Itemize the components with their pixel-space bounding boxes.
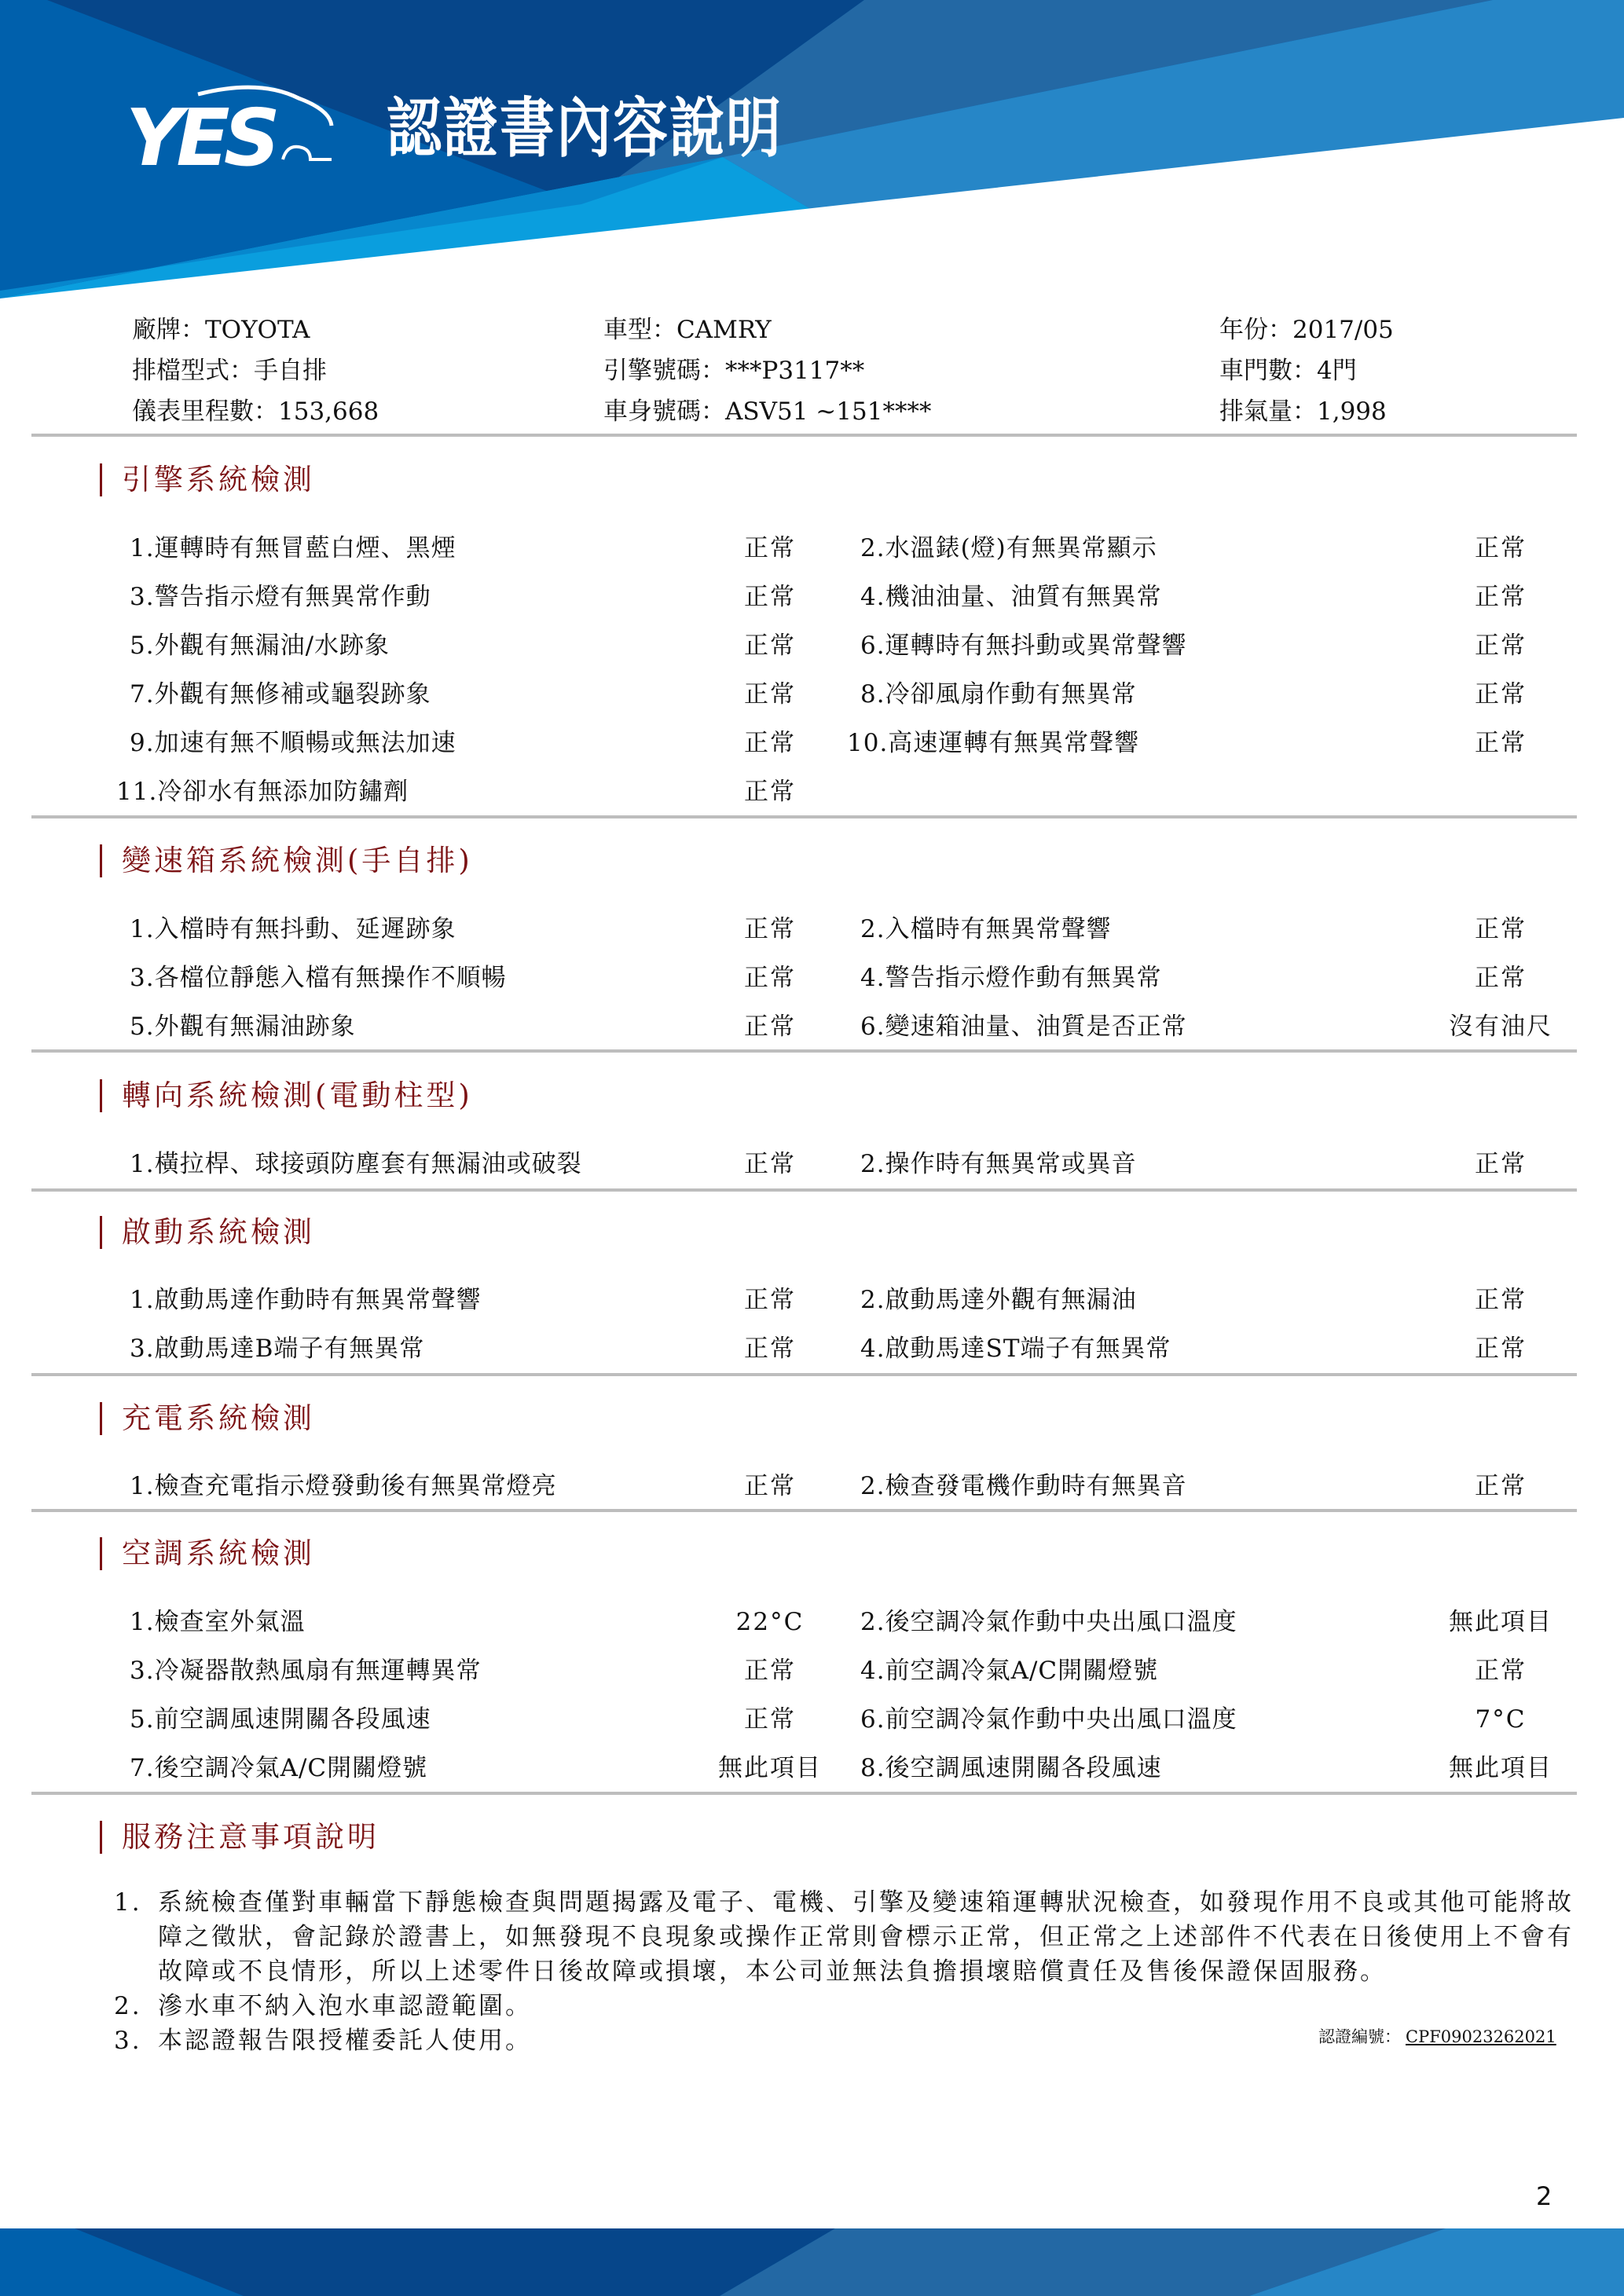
check-item: 4.啟動馬達ST端子有無異常	[860, 1337, 1171, 1361]
check-item: 4.機油油量、油質有無異常	[860, 585, 1162, 610]
vehicle-body-no: 車身號碼：ASV51 ~151****	[603, 400, 931, 424]
check-result: 正常	[691, 1474, 849, 1499]
check-result: 正常	[691, 683, 849, 707]
check-result: 正常	[691, 780, 849, 804]
note-text: 滲水車不納入泡水車認證範圍。	[158, 1989, 532, 2023]
check-item: 6.變速箱油量、油質是否正常	[860, 1015, 1187, 1039]
check-result: 正常	[1422, 1337, 1579, 1361]
note-number: 1.	[114, 1885, 158, 1989]
check-result: 正常	[1422, 1288, 1579, 1313]
check-result: 無此項目	[691, 1756, 849, 1781]
check-result: 正常	[691, 536, 849, 561]
note-item: 1. 系統檢查僅對車輛當下靜態檢查與問題揭露及電子、電機、引擎及變速箱運轉狀況檢…	[114, 1885, 1591, 1989]
check-result: 正常	[1422, 1659, 1579, 1683]
check-result: 正常	[691, 966, 849, 991]
check-item: 6.運轉時有無抖動或異常聲響	[860, 634, 1187, 658]
check-result: 正常	[691, 634, 849, 658]
vehicle-doors: 車門數：4門	[1219, 359, 1357, 383]
divider	[31, 434, 1577, 437]
check-item: 7.外觀有無修補或龜裂跡象	[130, 683, 431, 707]
check-item: 10.高速運轉有無異常聲響	[847, 731, 1139, 756]
vehicle-model: 車型：CAMRY	[603, 318, 772, 342]
check-result: 正常	[1422, 731, 1579, 756]
certificate-number: 認證編號：CPF09023262021	[1318, 2029, 1561, 2045]
check-result: 正常	[691, 1337, 849, 1361]
certificate-value: CPF09023262021	[1401, 2027, 1561, 2046]
check-result: 正常	[1422, 634, 1579, 658]
check-result: 正常	[691, 917, 849, 942]
check-item: 8.後空調風速開關各段風速	[860, 1756, 1162, 1781]
vehicle-engine-no: 引擎號碼：***P3117**	[603, 359, 864, 383]
check-item: 2.入檔時有無異常聲響	[860, 917, 1112, 942]
section-title-steering: 轉向系統檢測(電動柱型)	[100, 1079, 473, 1112]
check-item: 4.前空調冷氣A/C開關燈號	[860, 1659, 1158, 1683]
vehicle-brand: 廠牌：TOYOTA	[132, 318, 310, 342]
check-result: 沒有油尺	[1422, 1015, 1579, 1039]
divider	[31, 815, 1577, 818]
check-result: 正常	[1422, 536, 1579, 561]
check-item: 3.啟動馬達B端子有無異常	[130, 1337, 424, 1361]
check-result: 正常	[1422, 917, 1579, 942]
check-item: 5.外觀有無漏油/水跡象	[130, 634, 390, 658]
check-result: 正常	[691, 1659, 849, 1683]
check-item: 6.前空調冷氣作動中央出風口溫度	[860, 1708, 1237, 1732]
check-result: 正常	[691, 1015, 849, 1039]
note-item: 2. 滲水車不納入泡水車認證範圍。	[114, 1989, 1591, 2023]
check-item: 5.前空調風速開關各段風速	[130, 1708, 431, 1732]
section-title-starter: 啟動系統檢測	[100, 1216, 315, 1249]
check-item: 1.入檔時有無抖動、延遲跡象	[130, 917, 456, 942]
note-text: 本認證報告限授權委託人使用。	[158, 2023, 532, 2058]
check-item: 1.運轉時有無冒藍白煙、黑煙	[130, 536, 456, 561]
section-title-charging: 充電系統檢測	[100, 1402, 315, 1435]
check-item: 2.水溫錶(燈)有無異常顯示	[860, 536, 1157, 561]
divider	[31, 1049, 1577, 1053]
section-title-engine: 引擎系統檢測	[100, 463, 315, 496]
check-result: 無此項目	[1422, 1610, 1579, 1635]
note-number: 3.	[114, 2023, 158, 2058]
check-item: 3.各檔位靜態入檔有無操作不順暢	[130, 966, 507, 991]
check-result: 7°C	[1422, 1708, 1579, 1732]
footer-banner	[0, 2228, 1624, 2296]
svg-text:YES: YES	[126, 92, 277, 181]
check-result: 正常	[1422, 1474, 1579, 1499]
section-title-air-conditioning: 空調系統檢測	[100, 1537, 315, 1570]
divider	[31, 1373, 1577, 1376]
check-result: 無此項目	[1422, 1756, 1579, 1781]
check-result: 22°C	[691, 1610, 849, 1635]
page-number: 2	[1536, 2181, 1552, 2211]
check-item: 1.檢查室外氣溫	[130, 1610, 306, 1635]
vehicle-year: 年份：2017/05	[1219, 318, 1394, 342]
check-result: 正常	[691, 585, 849, 610]
check-result: 正常	[691, 731, 849, 756]
vehicle-transmission: 排檔型式：手自排	[132, 359, 327, 383]
vehicle-displacement: 排氣量：1,998	[1219, 400, 1387, 424]
vehicle-mileage: 儀表里程數：153,668	[132, 400, 379, 424]
check-item: 1.橫拉桿、球接頭防塵套有無漏油或破裂	[130, 1152, 582, 1177]
check-item: 9.加速有無不順暢或無法加速	[130, 731, 456, 756]
section-title-transmission: 變速箱系統檢測(手自排)	[100, 844, 473, 877]
check-item: 3.警告指示燈有無異常作動	[130, 585, 431, 610]
check-result: 正常	[691, 1288, 849, 1313]
document-title: 認證書內容說明	[387, 96, 783, 161]
certificate-label: 認證編號：	[1318, 2027, 1401, 2046]
check-item: 5.外觀有無漏油跡象	[130, 1015, 356, 1039]
note-text: 系統檢查僅對車輛當下靜態檢查與問題揭露及電子、電機、引擎及變速箱運轉狀況檢查，如…	[158, 1885, 1591, 1989]
check-result: 正常	[1422, 966, 1579, 991]
check-item: 1.檢查充電指示燈發動後有無異常燈亮	[130, 1474, 557, 1499]
check-result: 正常	[1422, 683, 1579, 707]
check-result: 正常	[691, 1152, 849, 1177]
check-item: 1.啟動馬達作動時有無異常聲響	[130, 1288, 482, 1313]
check-item: 2.操作時有無異常或異音	[860, 1152, 1137, 1177]
yes-logo: YES	[126, 82, 361, 181]
check-item: 2.後空調冷氣作動中央出風口溫度	[860, 1610, 1237, 1635]
check-item: 2.檢查發電機作動時有無異音	[860, 1474, 1187, 1499]
check-result: 正常	[691, 1708, 849, 1732]
check-item: 2.啟動馬達外觀有無漏油	[860, 1288, 1137, 1313]
divider	[31, 1188, 1577, 1192]
section-title-service-notes: 服務注意事項說明	[100, 1821, 379, 1854]
check-result: 正常	[1422, 1152, 1579, 1177]
divider	[31, 1509, 1577, 1512]
check-item: 11.冷卻水有無添加防鏽劑	[116, 780, 409, 804]
note-number: 2.	[114, 1989, 158, 2023]
check-item: 8.冷卻風扇作動有無異常	[860, 683, 1137, 707]
check-item: 3.冷凝器散熱風扇有無運轉異常	[130, 1659, 482, 1683]
check-item: 7.後空調冷氣A/C開關燈號	[130, 1756, 427, 1781]
check-result: 正常	[1422, 585, 1579, 610]
check-item: 4.警告指示燈作動有無異常	[860, 966, 1162, 991]
divider	[31, 1792, 1577, 1795]
